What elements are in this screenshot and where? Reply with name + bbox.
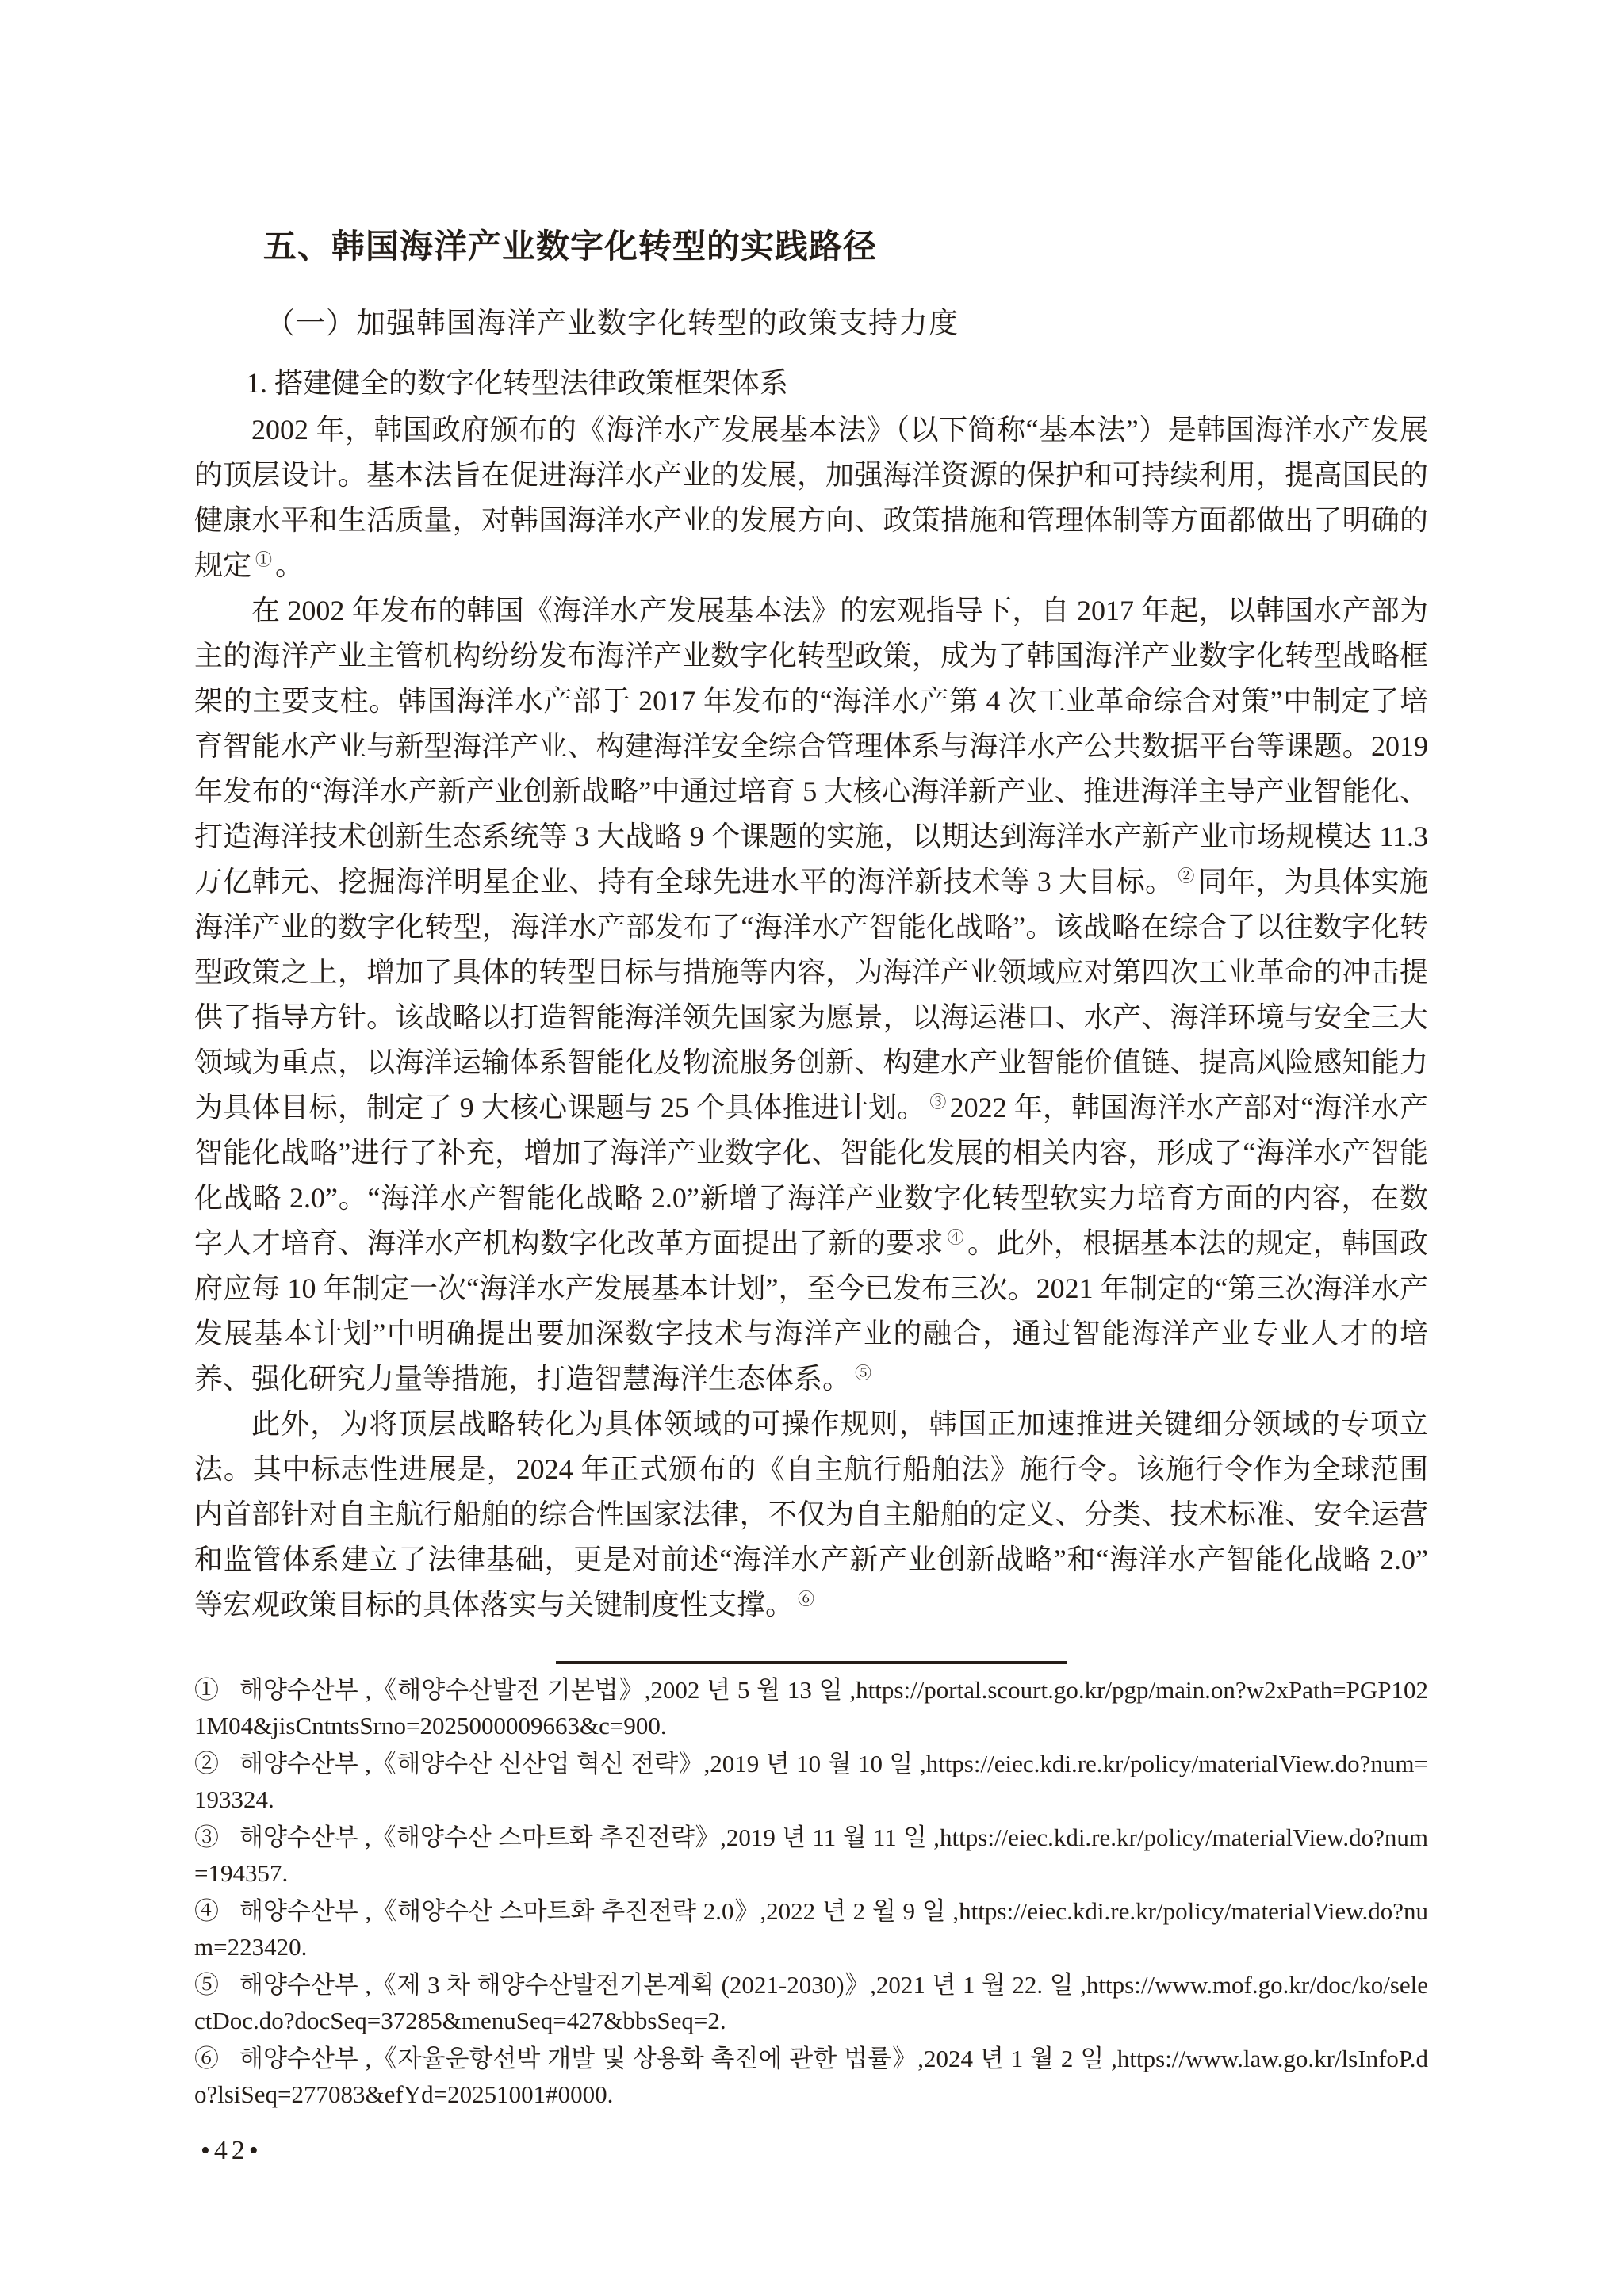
subsection-heading: 1. 搭建健全的数字化转型法律政策框架体系 — [194, 369, 1428, 397]
footnote-ref: ③ — [929, 1093, 946, 1112]
footnote-marker: ④ — [194, 1893, 219, 1929]
footnote-marker: ③ — [194, 1820, 219, 1855]
footnote-divider — [556, 1661, 1067, 1664]
footnote-item: ④해양수산부 ,《해양수산 스마트화 추진전략 2.0》,2022 년 2 월 … — [194, 1893, 1428, 1965]
footnote-ref: ① — [255, 550, 272, 569]
footnote-ref: ⑤ — [855, 1364, 871, 1383]
body-paragraph: 2002 年，韩国政府颁布的《海洋水产发展基本法》（以下简称“基本法”）是韩国海… — [194, 408, 1428, 588]
footnote-item: ③해양수산부 ,《해양수산 스마트화 추진전략》,2019 년 11 월 11 … — [194, 1820, 1428, 1891]
body-paragraph: 在 2002 年发布的韩国《海洋水产发展基本法》的宏观指导下，自 2017 年起… — [194, 588, 1428, 1402]
chapter-heading: 五、韩国海洋产业数字化转型的实践路径 — [194, 230, 1428, 263]
body-text: 2002 年，韩国政府颁布的《海洋水产发展基本法》（以下简称“基本法”）是韩国海… — [194, 408, 1428, 1628]
footnote-item: ②해양수산부 ,《해양수산 신산업 혁신 전략》,2019 년 10 월 10 … — [194, 1746, 1428, 1817]
footnote-item: ⑤해양수산부 ,《제 3 차 해양수산발전기본계획 (2021-2030)》,2… — [194, 1967, 1428, 2038]
footnote-ref: ⑥ — [798, 1590, 814, 1609]
section-heading: （一）加强韩国海洋产业数字化转型的政策支持力度 — [194, 309, 1428, 339]
page-number: •42• — [194, 2137, 1428, 2164]
footnote-item: ⑥해양수산부 ,《자율운항선박 개발 및 상용화 촉진에 관한 법률》,2024… — [194, 2041, 1428, 2112]
footnote-marker: ⑤ — [194, 1967, 219, 2003]
footnote-item: ①해양수산부 ,《해양수산발전 기본법》,2002 년 5 월 13 일 ,ht… — [194, 1672, 1428, 1743]
document-page: 五、韩国海洋产业数字化转型的实践路径 （一）加强韩国海洋产业数字化转型的政策支持… — [0, 0, 1624, 2296]
footnote-ref: ④ — [948, 1228, 964, 1247]
body-paragraph: 此外，为将顶层战略转化为具体领域的可操作规则，韩国正加速推进关键细分领域的专项立… — [194, 1402, 1428, 1628]
footnote-marker: ⑥ — [194, 2041, 219, 2076]
footnote-marker: ② — [194, 1746, 219, 1781]
footnotes: ①해양수산부 ,《해양수산발전 기본법》,2002 년 5 월 13 일 ,ht… — [194, 1672, 1428, 2112]
footnote-ref: ② — [1178, 867, 1194, 886]
footnote-marker: ① — [194, 1672, 219, 1708]
